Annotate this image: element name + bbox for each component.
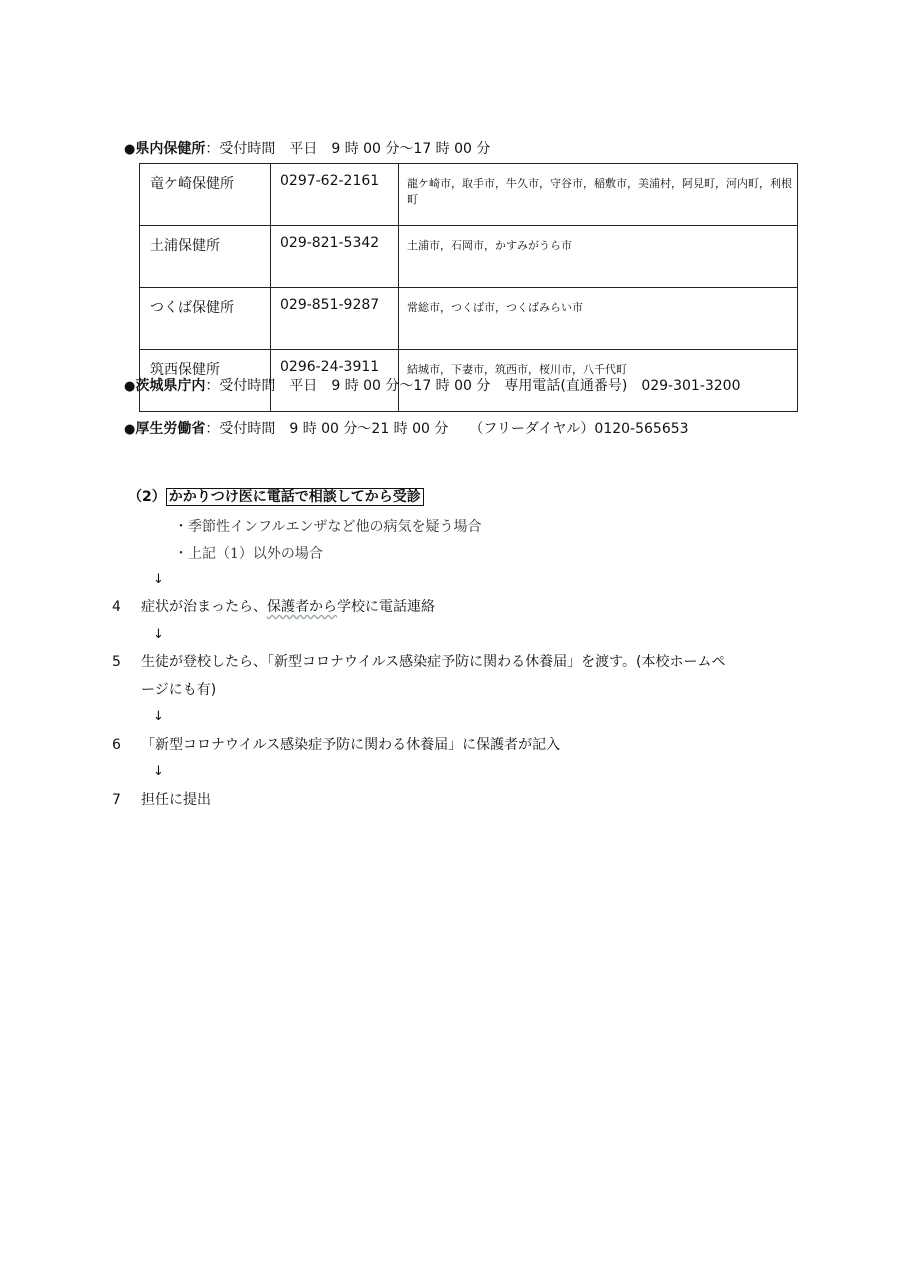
center-name: 土浦保健所 xyxy=(140,226,271,288)
step-number: 6 xyxy=(112,736,141,754)
section2-number: （2） xyxy=(128,489,166,505)
table-row: つくば保健所 029-851-9287 常総市，つくば市，つくばみらい市 xyxy=(140,288,798,350)
step-4: 4症状が治まったら、保護者から学校に電話連絡 xyxy=(112,598,435,616)
step-text: 学校に電話連絡 xyxy=(337,599,435,615)
health-centers-table: 竜ケ崎保健所 0297-62-2161 龍ケ崎市，取手市，牛久市，守谷市，稲敷市… xyxy=(139,163,798,412)
down-arrow-icon: ↓ xyxy=(153,764,164,779)
bullet-icon: ● xyxy=(124,142,135,157)
center-name: つくば保健所 xyxy=(140,288,271,350)
center-phone: 029-821-5342 xyxy=(271,226,399,288)
step-6: 6「新型コロナウイルス感染症予防に関わる休養届」に保護者が記入 xyxy=(112,736,560,754)
health-centers-hours: ：受付時間 平日 9 時 00 分～17 時 00 分 xyxy=(205,141,490,157)
center-phone: 029-851-9287 xyxy=(271,288,399,350)
step-7: 7担任に提出 xyxy=(112,791,211,809)
ibaraki-office-title: 茨城県庁内 xyxy=(135,378,205,394)
step-text: 「新型コロナウイルス感染症予防に関わる休養届」に保護者が記入 xyxy=(141,737,560,753)
table-row: 土浦保健所 029-821-5342 土浦市，石岡市，かすみがうら市 xyxy=(140,226,798,288)
section2-title-box: かかりつけ医に電話で相談してから受診 xyxy=(166,488,424,506)
step-text-underlined: 保護者から xyxy=(267,599,337,615)
step-number: 4 xyxy=(112,598,141,616)
step-text: 担任に提出 xyxy=(141,792,211,808)
down-arrow-icon: ↓ xyxy=(153,709,164,724)
down-arrow-icon: ↓ xyxy=(153,627,164,642)
center-name: 竜ケ崎保健所 xyxy=(140,164,271,226)
ibaraki-office-line: ●茨城県庁内：受付時間 平日 9 時 00 分～17 時 00 分 専用電話(直… xyxy=(124,377,741,396)
bullet-icon: ● xyxy=(124,379,135,394)
step-5-continued: ージにも有) xyxy=(141,681,216,699)
center-areas: 龍ケ崎市，取手市，牛久市，守谷市，稲敷市，美浦村，阿見町，河内町，利根町 xyxy=(399,164,798,226)
mhlw-title: 厚生労働省 xyxy=(135,421,205,437)
down-arrow-icon: ↓ xyxy=(153,572,164,587)
step-text: 生徒が登校したら、「新型コロナウイルス感染症予防に関わる休養届」を渡す。(本校ホ… xyxy=(141,654,726,670)
section2-bullet-1: ・季節性インフルエンザなど他の病気を疑う場合 xyxy=(174,516,481,536)
center-phone: 0297-62-2161 xyxy=(271,164,399,226)
mhlw-hours: ：受付時間 9 時 00 分～21 時 00 分 （フリーダイヤル）0120-5… xyxy=(205,421,688,437)
section2-heading: （2）かかりつけ医に電話で相談してから受診 xyxy=(128,488,424,506)
table-row: 竜ケ崎保健所 0297-62-2161 龍ケ崎市，取手市，牛久市，守谷市，稲敷市… xyxy=(140,164,798,226)
center-areas: 土浦市，石岡市，かすみがうら市 xyxy=(399,226,798,288)
center-areas: 常総市，つくば市，つくばみらい市 xyxy=(399,288,798,350)
health-centers-header: ●県内保健所：受付時間 平日 9 時 00 分～17 時 00 分 xyxy=(124,140,490,159)
health-centers-title: 県内保健所 xyxy=(135,141,205,157)
ibaraki-office-hours: ：受付時間 平日 9 時 00 分～17 時 00 分 専用電話(直通番号) 0… xyxy=(205,378,740,394)
bullet-icon: ● xyxy=(124,422,135,437)
section2-bullet-2: ・上記（1）以外の場合 xyxy=(174,543,323,563)
mhlw-line: ●厚生労働省：受付時間 9 時 00 分～21 時 00 分 （フリーダイヤル）… xyxy=(124,420,689,439)
step-number: 7 xyxy=(112,791,141,809)
step-5: 5生徒が登校したら、「新型コロナウイルス感染症予防に関わる休養届」を渡す。(本校… xyxy=(112,653,726,671)
step-number: 5 xyxy=(112,653,141,671)
step-text: 症状が治まったら、 xyxy=(141,599,267,615)
